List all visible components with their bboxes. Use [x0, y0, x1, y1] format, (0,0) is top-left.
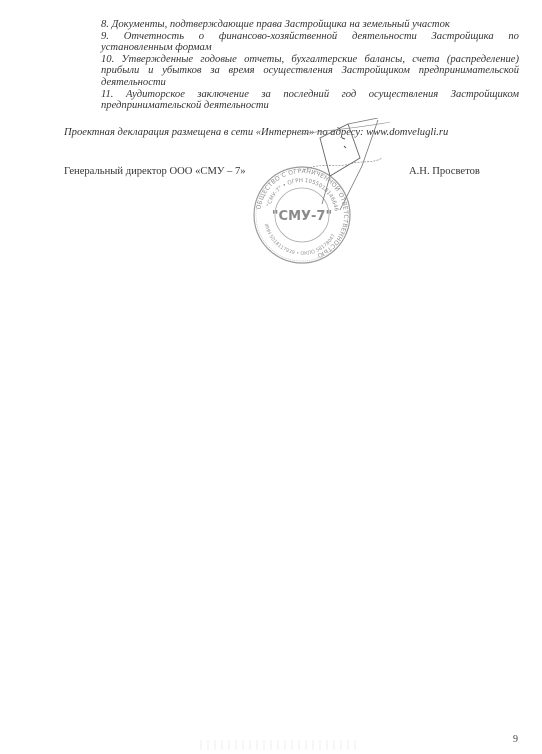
document-page: 8. Документы, подтверждающие права Застр…	[0, 0, 542, 754]
item-text: Отчетность о финансово-хозяйственной дея…	[101, 31, 519, 54]
item-number: 10.	[101, 54, 114, 65]
item-text: Утвержденные годовые отчеты, бухгалтерск…	[101, 54, 519, 88]
item-text: Документы, подтверждающие права Застройщ…	[112, 19, 450, 30]
list-item: 11. Аудиторское заключение за последний …	[101, 89, 519, 112]
list-item: 8. Документы, подтверждающие права Застр…	[101, 19, 519, 31]
item-text: Аудиторское заключение за последний год …	[101, 89, 519, 112]
list-item: 9. Отчетность о финансово-хозяйственной …	[101, 31, 519, 54]
list-item: 10. Утвержденные годовые отчеты, бухгалт…	[101, 54, 519, 89]
scan-artifact	[200, 740, 360, 750]
signatory-name: А.Н. Просветов	[409, 166, 480, 178]
attachments-list: 8. Документы, подтверждающие права Застр…	[101, 19, 519, 112]
page-number: 9	[513, 734, 518, 745]
item-number: 8.	[101, 19, 109, 30]
signatory-title: Генеральный директор ООО «СМУ – 7»	[64, 166, 246, 178]
signature-icon	[300, 118, 410, 228]
item-number: 9.	[101, 31, 109, 42]
item-number: 11.	[101, 89, 113, 100]
